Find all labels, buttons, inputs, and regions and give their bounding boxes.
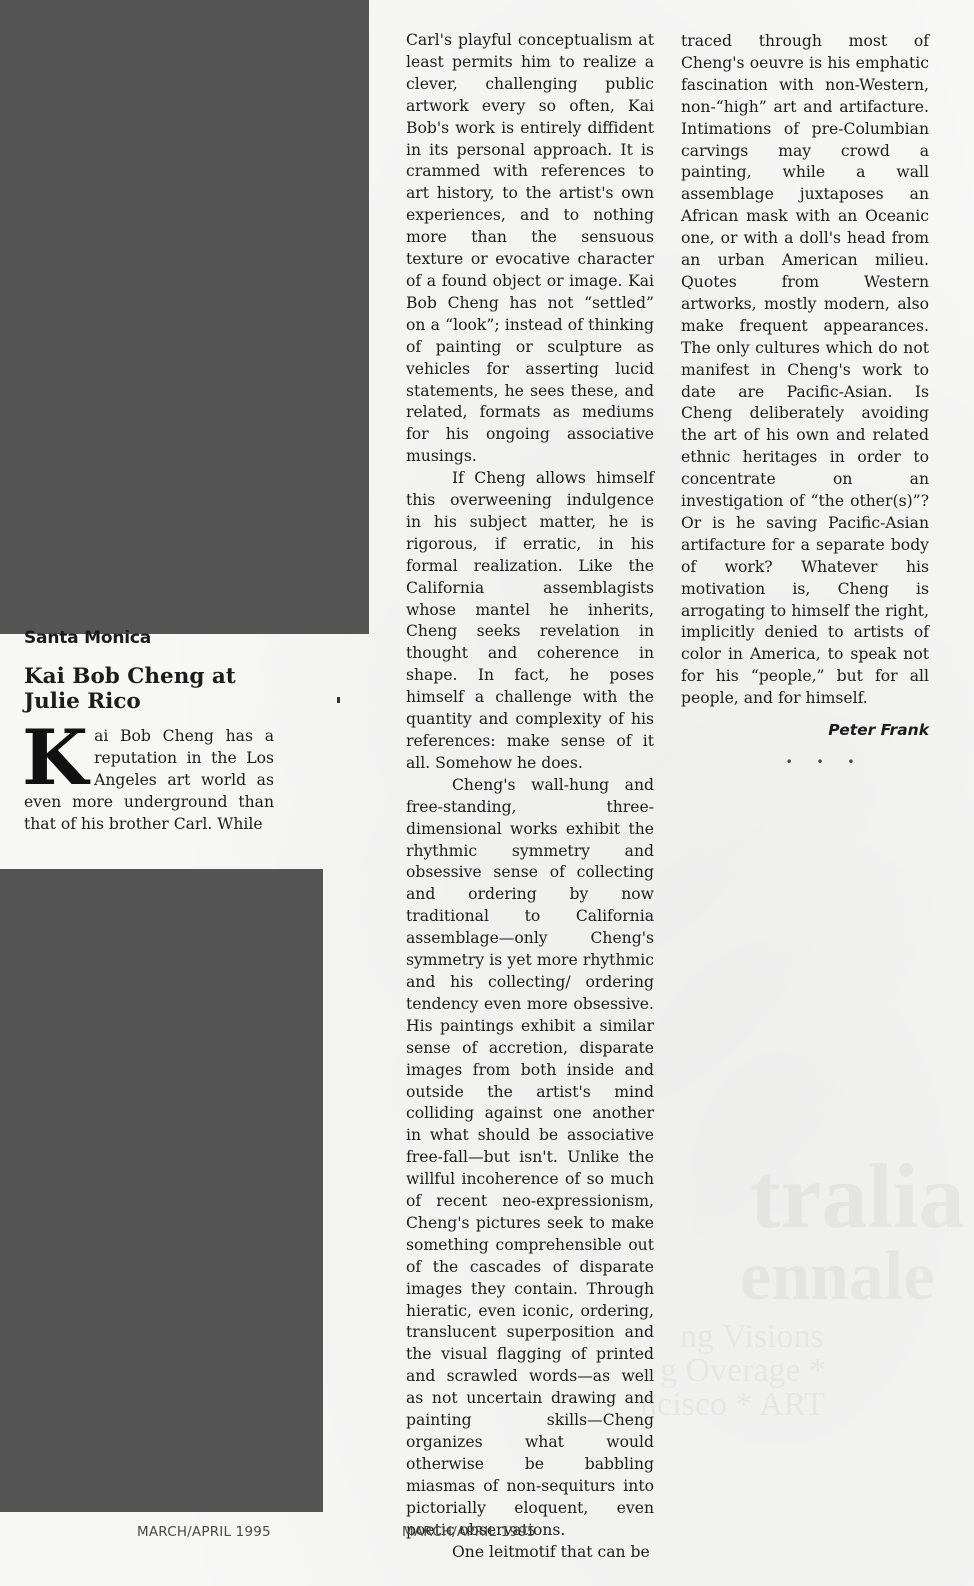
article-middle-column: Carl's playful conceptualism at least pe… — [406, 30, 654, 1563]
section-label: Santa Monica — [24, 628, 274, 650]
body-paragraph: One leitmotif that can be — [406, 1542, 654, 1564]
article-right-column: traced through most of Cheng's oeuvre is… — [681, 31, 929, 774]
body-paragraph: Carl's playful conceptualism at least pe… — [406, 30, 654, 468]
article-left-column: Santa Monica Kai Bob Cheng at Julie Rico… — [24, 628, 274, 835]
folio-left: MARCH/APRIL 1995 — [137, 1524, 271, 1540]
redaction-block-bottom — [0, 869, 323, 1512]
print-speck — [337, 697, 340, 703]
lead-paragraph: Kai Bob Cheng has a reputation in the Lo… — [24, 726, 274, 836]
drop-cap: K — [22, 728, 88, 790]
body-paragraph: Cheng's wall-hung and free-standing, thr… — [406, 775, 654, 1542]
article-headline: Kai Bob Cheng at Julie Rico — [24, 664, 274, 714]
body-paragraph: traced through most of Cheng's oeuvre is… — [681, 31, 929, 710]
author-byline: Peter Frank — [681, 720, 929, 742]
end-ornament-icon: • • • — [681, 752, 929, 774]
body-paragraph: If Cheng allows himself this overweening… — [406, 468, 654, 775]
redaction-block-top — [0, 0, 369, 634]
folio-right: MARCH/APRIL 1995 — [402, 1524, 536, 1540]
